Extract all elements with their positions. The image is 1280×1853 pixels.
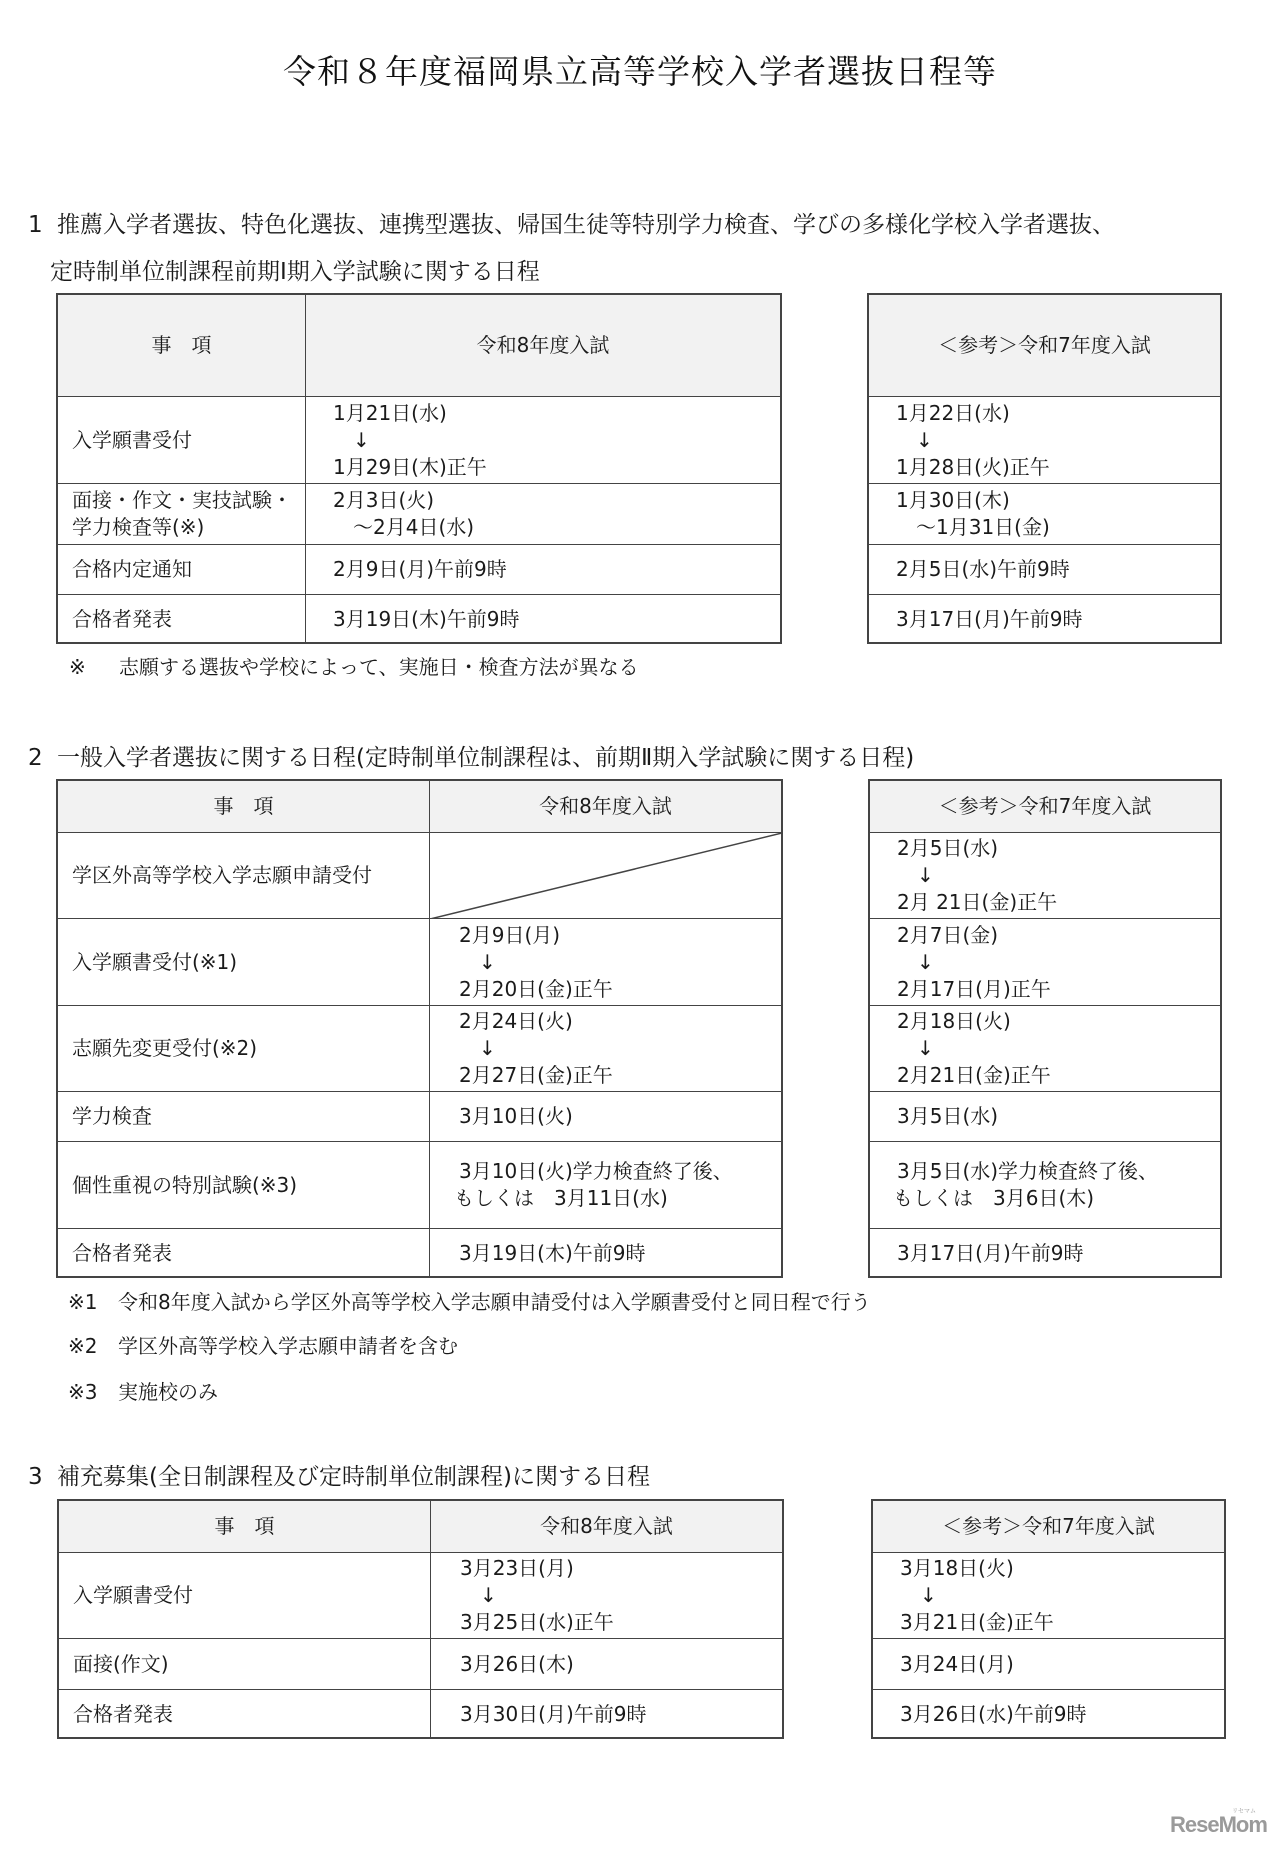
section-1-note: ※志願する選抜や学校によって、実施日・検査方法が異なる (69, 654, 639, 680)
header-current-year: 令和8年度入試 (305, 295, 780, 396)
row-item: 個性重視の特別試験(※3) (58, 1142, 429, 1228)
table-row: 3月5日(水)学力検査終了後、 もしくは 3月6日(木) (870, 1141, 1220, 1228)
row-reference: 1月30日(木) ～1月31日(金) (869, 484, 1220, 544)
table-row: 合格内定通知 2月9日(月)午前9時 (58, 544, 780, 594)
row-reference: 3月17日(月)午前9時 (870, 1229, 1220, 1278)
row-item: 学区外高等学校入学志願申請受付 (58, 833, 429, 918)
row-current: 3月30日(月)午前9時 (430, 1690, 782, 1739)
table-row: 3月17日(月)午前9時 (870, 1228, 1220, 1278)
section-number: 3 (28, 1462, 57, 1492)
section-1-reference-table: ＜参考＞令和7年度入試 1月22日(水) ↓ 1月28日(火)正午 1月30日(… (867, 293, 1222, 644)
row-reference: 2月18日(火) ↓ 2月21日(金)正午 (870, 1006, 1220, 1091)
table-row: 2月18日(火) ↓ 2月21日(金)正午 (870, 1005, 1220, 1091)
table-row: 個性重視の特別試験(※3) 3月10日(火)学力検査終了後、 もしくは 3月11… (58, 1141, 781, 1228)
resemom-logo: ReseMom (1170, 1812, 1267, 1838)
table-row: 2月5日(水)午前9時 (869, 544, 1220, 594)
note-text: 学区外高等学校入学志願申請者を含む (118, 1334, 458, 1358)
table-header-row: 事 項 令和8年度入試 (58, 781, 781, 832)
section-2-table: 事 項 令和8年度入試 学区外高等学校入学志願申請受付 入学願書受付(※1) 2… (56, 779, 783, 1278)
header-item: 事 項 (59, 1501, 430, 1552)
row-current: 3月10日(火)学力検査終了後、 もしくは 3月11日(水) (429, 1142, 781, 1228)
row-reference: 2月7日(金) ↓ 2月17日(月)正午 (870, 919, 1220, 1005)
section-3-heading: 3補充募集(全日制課程及び定時制単位制課程)に関する日程 (28, 1462, 650, 1492)
section-3-table: 事 項 令和8年度入試 入学願書受付 3月23日(月) ↓ 3月25日(水)正午… (57, 1499, 784, 1739)
section-2-note-1: ※1令和8年度入試から学区外高等学校入学志願申請受付は入学願書受付と同日程で行う (68, 1289, 871, 1315)
header-item: 事 項 (58, 295, 305, 396)
table-header-row: ＜参考＞令和7年度入試 (869, 295, 1220, 396)
row-current: 3月19日(木)午前9時 (429, 1229, 781, 1278)
section-2-note-3: ※3実施校のみ (68, 1379, 218, 1405)
row-current: 3月10日(火) (429, 1092, 781, 1141)
table-header-row: ＜参考＞令和7年度入試 (873, 1501, 1224, 1552)
note-text: 実施校のみ (118, 1380, 218, 1404)
row-item: 入学願書受付 (58, 397, 305, 483)
table-row: 入学願書受付 1月21日(水) ↓ 1月29日(木)正午 (58, 396, 780, 483)
row-reference: 3月24日(月) (873, 1639, 1224, 1689)
table-row: 合格者発表 3月19日(木)午前9時 (58, 1228, 781, 1278)
row-reference: 2月5日(水)午前9時 (869, 545, 1220, 594)
row-item: 面接(作文) (59, 1639, 430, 1689)
section-1-heading-line1: 推薦入学者選抜、特色化選抜、連携型選抜、帰国生徒等特別学力検査、学びの多様化学校… (57, 212, 1115, 238)
note-text: 志願する選抜や学校によって、実施日・検査方法が異なる (119, 655, 639, 679)
row-reference: 3月17日(月)午前9時 (869, 595, 1220, 644)
row-item: 入学願書受付 (59, 1553, 430, 1638)
row-item: 合格者発表 (58, 595, 305, 644)
header-current-year: 令和8年度入試 (429, 781, 781, 832)
row-item: 入学願書受付(※1) (58, 919, 429, 1005)
row-item: 合格者発表 (59, 1690, 430, 1739)
note-mark: ※2 (68, 1333, 118, 1359)
table-row: 1月30日(木) ～1月31日(金) (869, 483, 1220, 544)
table-header-row: 事 項 令和8年度入試 (59, 1501, 782, 1552)
row-reference: 1月22日(水) ↓ 1月28日(火)正午 (869, 397, 1220, 483)
table-row: 入学願書受付(※1) 2月9日(月) ↓ 2月20日(金)正午 (58, 918, 781, 1005)
row-item: 合格内定通知 (58, 545, 305, 594)
section-2-heading-text: 一般入学者選抜に関する日程(定時制単位制課程は、前期Ⅱ期入学試験に関する日程) (57, 745, 914, 771)
table-row: 2月7日(金) ↓ 2月17日(月)正午 (870, 918, 1220, 1005)
row-item: 志願先変更受付(※2) (58, 1006, 429, 1091)
table-row: 志願先変更受付(※2) 2月24日(火) ↓ 2月27日(金)正午 (58, 1005, 781, 1091)
row-current: 2月3日(火) ～2月4日(水) (305, 484, 780, 544)
section-1-heading-line2: 定時制単位制課程前期Ⅰ期入学試験に関する日程 (50, 257, 540, 287)
section-number: 2 (28, 743, 57, 773)
page-title: 令和８年度福岡県立高等学校入学者選抜日程等 (0, 50, 1280, 94)
table-header-row: ＜参考＞令和7年度入試 (870, 781, 1220, 832)
table-row: 合格者発表 3月19日(木)午前9時 (58, 594, 780, 644)
section-2-heading: 2一般入学者選抜に関する日程(定時制単位制課程は、前期Ⅱ期入学試験に関する日程) (28, 743, 914, 773)
table-row: 入学願書受付 3月23日(月) ↓ 3月25日(水)正午 (59, 1552, 782, 1638)
table-row: 1月22日(水) ↓ 1月28日(火)正午 (869, 396, 1220, 483)
row-current: 2月9日(月)午前9時 (305, 545, 780, 594)
table-header-row: 事 項 令和8年度入試 (58, 295, 780, 396)
table-row: 面接(作文) 3月26日(木) (59, 1638, 782, 1689)
row-item: 学力検査 (58, 1092, 429, 1141)
header-reference-year: ＜参考＞令和7年度入試 (870, 781, 1220, 832)
header-reference-year: ＜参考＞令和7年度入試 (873, 1501, 1224, 1552)
table-row: 2月5日(水) ↓ 2月 21日(金)正午 (870, 832, 1220, 918)
note-mark: ※ (69, 654, 119, 680)
note-mark: ※3 (68, 1379, 118, 1405)
section-3-heading-text: 補充募集(全日制課程及び定時制単位制課程)に関する日程 (57, 1464, 650, 1490)
section-3-reference-table: ＜参考＞令和7年度入試 3月18日(火) ↓ 3月21日(金)正午 3月24日(… (871, 1499, 1226, 1739)
section-1-table: 事 項 令和8年度入試 入学願書受付 1月21日(水) ↓ 1月29日(木)正午… (56, 293, 782, 644)
table-row: 3月26日(水)午前9時 (873, 1689, 1224, 1739)
row-reference: 3月5日(水) (870, 1092, 1220, 1141)
section-2-note-2: ※2学区外高等学校入学志願申請者を含む (68, 1333, 458, 1359)
row-reference: 3月5日(水)学力検査終了後、 もしくは 3月6日(木) (870, 1142, 1220, 1228)
row-reference: 2月5日(水) ↓ 2月 21日(金)正午 (870, 833, 1220, 918)
row-item: 面接・作文・実技試験・ 学力検査等(※) (58, 484, 305, 544)
row-current: 3月26日(木) (430, 1639, 782, 1689)
header-current-year: 令和8年度入試 (430, 1501, 782, 1552)
row-item: 合格者発表 (58, 1229, 429, 1278)
table-row: 3月18日(火) ↓ 3月21日(金)正午 (873, 1552, 1224, 1638)
section-number: 1 (28, 210, 57, 240)
row-current: 2月9日(月) ↓ 2月20日(金)正午 (429, 919, 781, 1005)
table-row: 合格者発表 3月30日(月)午前9時 (59, 1689, 782, 1739)
row-current: 3月19日(木)午前9時 (305, 595, 780, 644)
row-current-not-applicable (429, 833, 781, 918)
table-row: 3月24日(月) (873, 1638, 1224, 1689)
row-current: 3月23日(月) ↓ 3月25日(水)正午 (430, 1553, 782, 1638)
table-row: 3月5日(水) (870, 1091, 1220, 1141)
row-current: 1月21日(水) ↓ 1月29日(木)正午 (305, 397, 780, 483)
table-row: 面接・作文・実技試験・ 学力検査等(※) 2月3日(火) ～2月4日(水) (58, 483, 780, 544)
section-1-heading: 1推薦入学者選抜、特色化選抜、連携型選抜、帰国生徒等特別学力検査、学びの多様化学… (28, 210, 1115, 240)
table-row: 3月17日(月)午前9時 (869, 594, 1220, 644)
row-reference: 3月26日(水)午前9時 (873, 1690, 1224, 1739)
note-mark: ※1 (68, 1289, 118, 1315)
note-text: 令和8年度入試から学区外高等学校入学志願申請受付は入学願書受付と同日程で行う (118, 1290, 871, 1314)
table-row: 学区外高等学校入学志願申請受付 (58, 832, 781, 918)
section-2-reference-table: ＜参考＞令和7年度入試 2月5日(水) ↓ 2月 21日(金)正午 2月7日(金… (868, 779, 1222, 1278)
diagonal-strike-line (430, 833, 782, 919)
header-item: 事 項 (58, 781, 429, 832)
row-reference: 3月18日(火) ↓ 3月21日(金)正午 (873, 1553, 1224, 1638)
header-reference-year: ＜参考＞令和7年度入試 (869, 295, 1220, 396)
row-current: 2月24日(火) ↓ 2月27日(金)正午 (429, 1006, 781, 1091)
table-row: 学力検査 3月10日(火) (58, 1091, 781, 1141)
